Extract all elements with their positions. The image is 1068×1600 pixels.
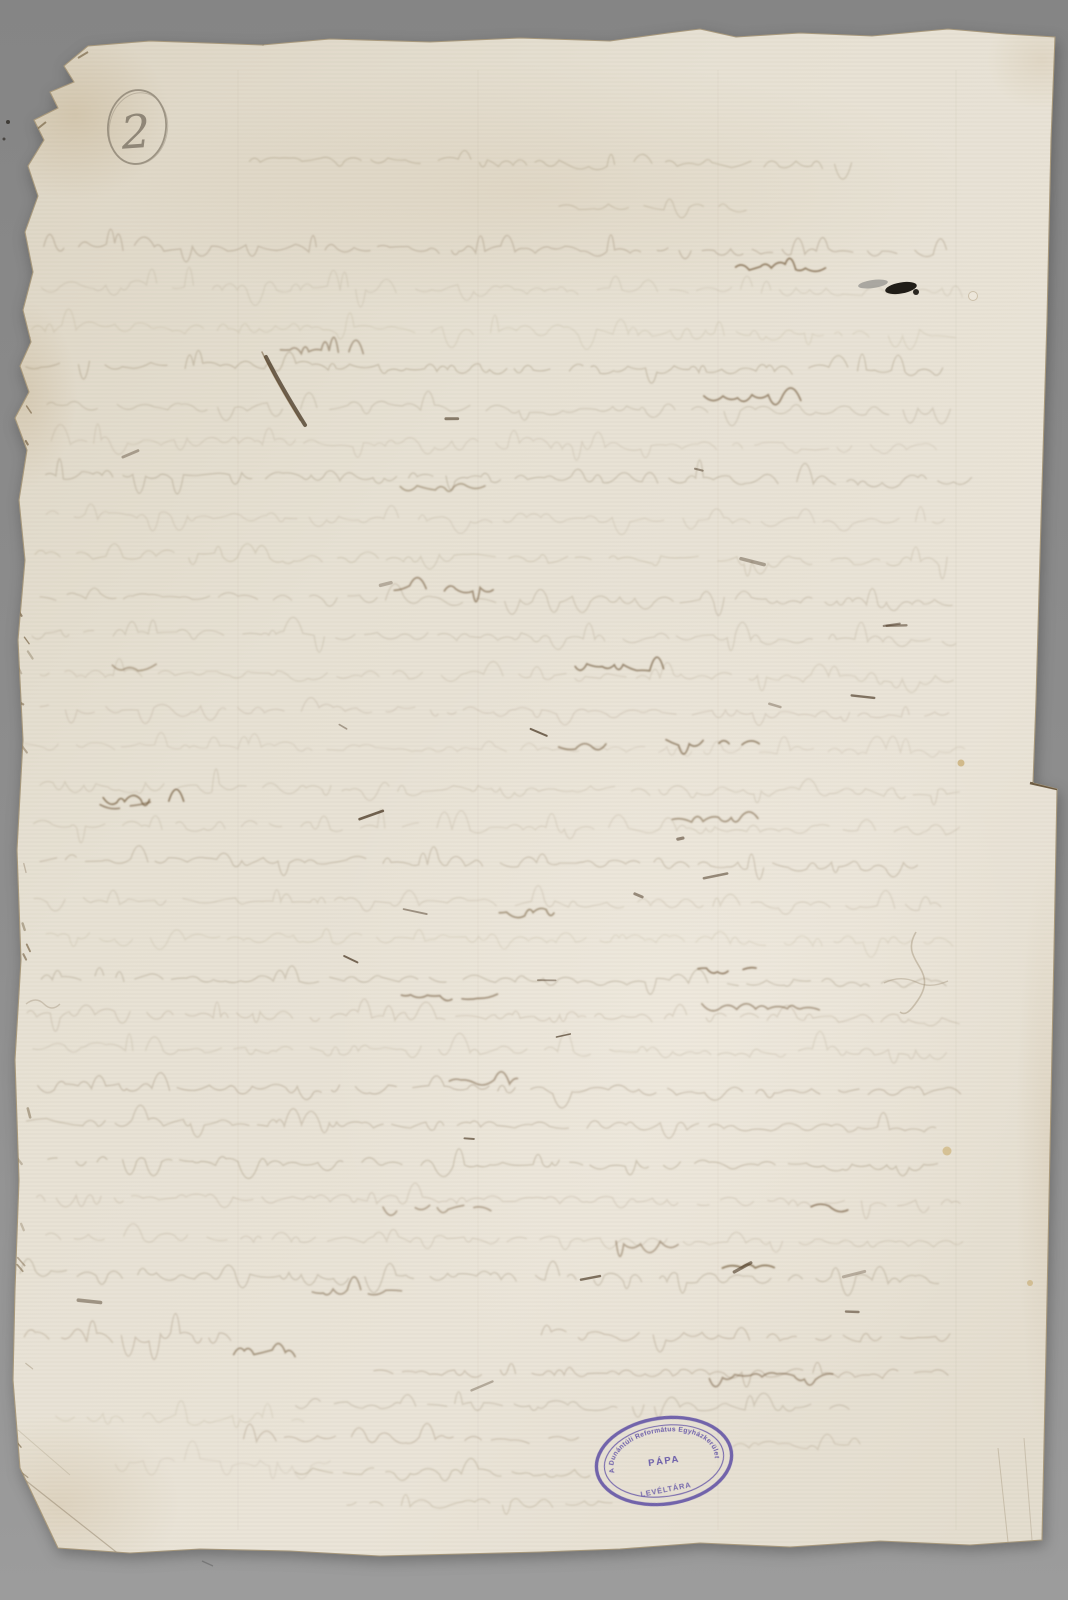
- ring-spot: [969, 292, 978, 301]
- manuscript-scan: 2 A Dunántúli Református Egyházkerület P…: [0, 0, 1068, 1600]
- paper-sheet: [0, 0, 1068, 1600]
- stain-spot: [958, 760, 965, 767]
- stain-spot: [1027, 1280, 1033, 1286]
- page-number: 2: [118, 104, 152, 160]
- stain-spot: [943, 1147, 952, 1156]
- paper-tone: [0, 0, 1068, 1600]
- scan-canvas: 2 A Dunántúli Református Egyházkerület P…: [0, 0, 1068, 1600]
- background-speck: [3, 138, 6, 141]
- background-speck: [6, 120, 10, 124]
